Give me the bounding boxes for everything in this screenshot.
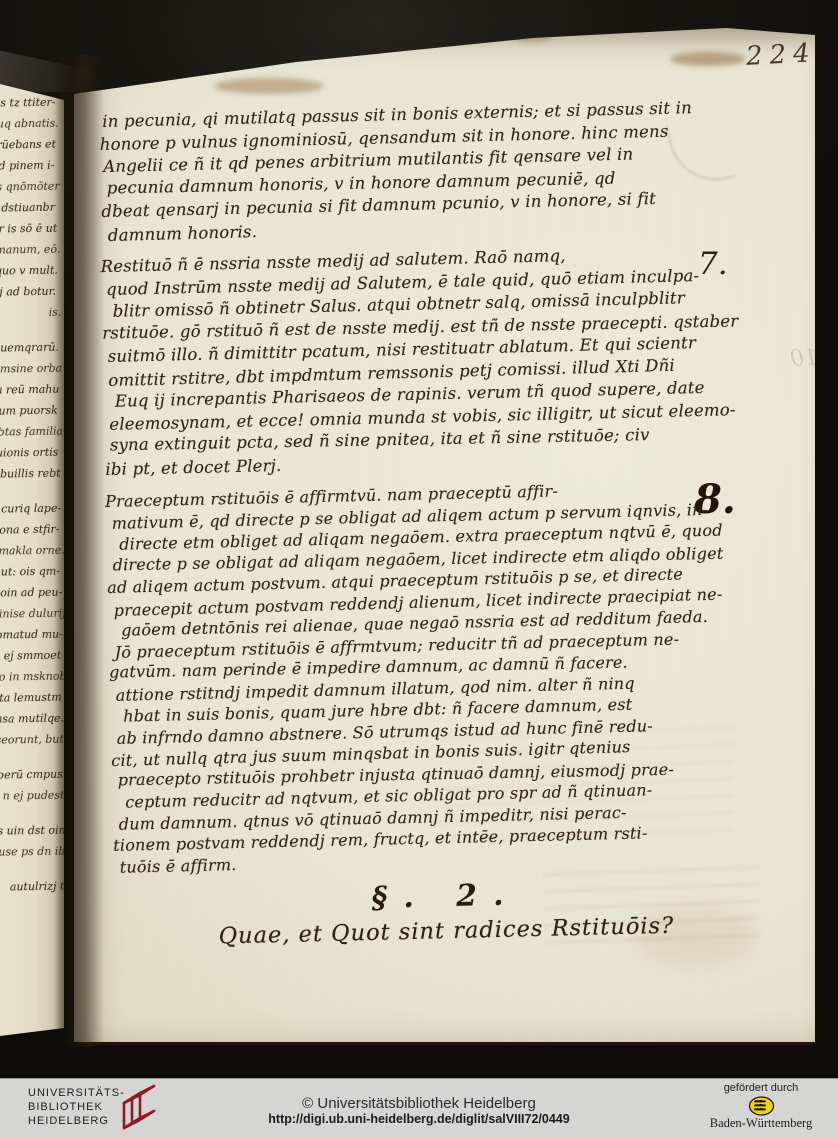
facing-page-line: tium, et psmakla orne. xyxy=(1,544,62,566)
facing-page-text: ps in qs tz ttiter-tis, et uiuq abnatis.… xyxy=(0,96,64,902)
manuscript-page: 224 10 7. 8. in pecunia, qi mutilatq pas… xyxy=(74,26,815,1042)
facing-page-line: t soe pasa mutilqe. xyxy=(3,712,64,734)
facing-page-edge: ps in qs tz ttiter-tis, et uiuq abnatis.… xyxy=(0,84,64,1036)
folio-number: 224 xyxy=(745,38,817,72)
facing-page-line xyxy=(0,488,61,503)
facing-page-line xyxy=(4,754,64,769)
facing-page-line: btur pro equo v mult. xyxy=(0,264,58,286)
facing-page-line: sia cmut. labmatud mu- xyxy=(2,628,63,650)
facing-page-line: allud detur is sō ē ut xyxy=(0,222,57,244)
facing-page-line: mble stej inise dulurij xyxy=(2,607,63,629)
facing-page-line: d mensura reū mahu xyxy=(0,383,60,405)
manuscript-text: in pecunia, qi mutilatq passus sit in bo… xyxy=(102,97,772,952)
book-scan: ps in qs tz ttiter-tis, et uiuq abnatis.… xyxy=(0,0,838,1138)
facing-page-line: e q. B. a edis uin dst oin xyxy=(5,824,64,846)
facing-page-line: lmdū. In msine orba xyxy=(0,362,59,384)
facing-page-line: ps in qs tz ttiter- xyxy=(0,96,56,118)
funding-label: gefördert durch xyxy=(706,1082,816,1095)
facing-page-line: que soluemqrarū. xyxy=(0,341,59,363)
facing-page-line: a smao ps liberū cmpus xyxy=(4,768,64,790)
facing-page-line: on qaiqut n ej pudest- xyxy=(4,789,64,811)
facing-page-line: ank, e eseorunt, but. xyxy=(3,733,64,755)
manuscript-paragraph-3: Praeceptum rstituōis ē affirmtvū. nam pr… xyxy=(111,477,770,879)
facing-page-line: s, et uales qnōmōter xyxy=(0,180,57,202)
facing-page-line: onta dita, libtas familia xyxy=(0,425,60,447)
foxing-stain xyxy=(512,32,552,42)
facing-page-line: duile Prodi ej smmoet xyxy=(2,649,63,671)
facing-page-line: is. xyxy=(0,306,59,328)
facing-page-line: si. bona suionis ortis xyxy=(0,446,61,468)
foxing-stain xyxy=(214,78,324,94)
facing-page-line: ut eos poltij ad botur. xyxy=(0,285,58,307)
facing-page-line: iemque lebuillis rebt xyxy=(0,467,61,489)
foxing-stain xyxy=(670,52,746,66)
facing-page-line xyxy=(4,810,64,825)
facing-page-line: ej. Purna ut dstiuanbr xyxy=(0,201,57,223)
facing-page-line: qs smodum puorsk xyxy=(0,404,60,426)
facing-page-line xyxy=(0,327,59,342)
facing-page-line: cmut vstbue curiq lape- xyxy=(0,502,61,524)
facing-page-line: utej st. bona e stfir- xyxy=(0,523,61,545)
facing-page-line: at justa cmut: ois qm- xyxy=(1,565,62,587)
facing-page-line: autulrizj t xyxy=(5,880,64,902)
facing-page-line: is que senta lemustm xyxy=(3,691,64,713)
facing-page-line: s impen so in msknob xyxy=(2,670,63,692)
footer-bar: UNIVERSITÄTS- BIBLIOTHEK HEIDELBERG © Un… xyxy=(0,1078,838,1138)
baden-wuerttemberg-coat-of-arms-icon xyxy=(748,1096,775,1116)
manuscript-paragraph-1: in pecunia, qi mutilatq passus sit in bo… xyxy=(102,97,755,247)
facing-page-line: mkluse ps dn ib. xyxy=(5,845,64,867)
book-fore-edge xyxy=(0,46,96,92)
facing-page-line xyxy=(5,866,64,881)
facing-page-line: mi requit ad pinem i- xyxy=(0,159,57,181)
facing-page-line: tis, et uiuq abnatis. xyxy=(0,117,56,139)
funding-credit: gefördert durch Baden-Württemberg xyxy=(706,1082,816,1130)
facing-page-line: a zapautur. oin ad peu- xyxy=(1,586,62,608)
facing-page-line: dum ecurūebans et xyxy=(0,138,56,160)
facing-page-line: am aliam manum, eō. xyxy=(0,243,58,265)
bleedthrough-number: 10 xyxy=(790,346,819,372)
funding-region: Baden-Württemberg xyxy=(706,1116,816,1130)
manuscript-paragraph-2: Restituō ñ ē nssria nsste medij ad salut… xyxy=(105,242,760,482)
